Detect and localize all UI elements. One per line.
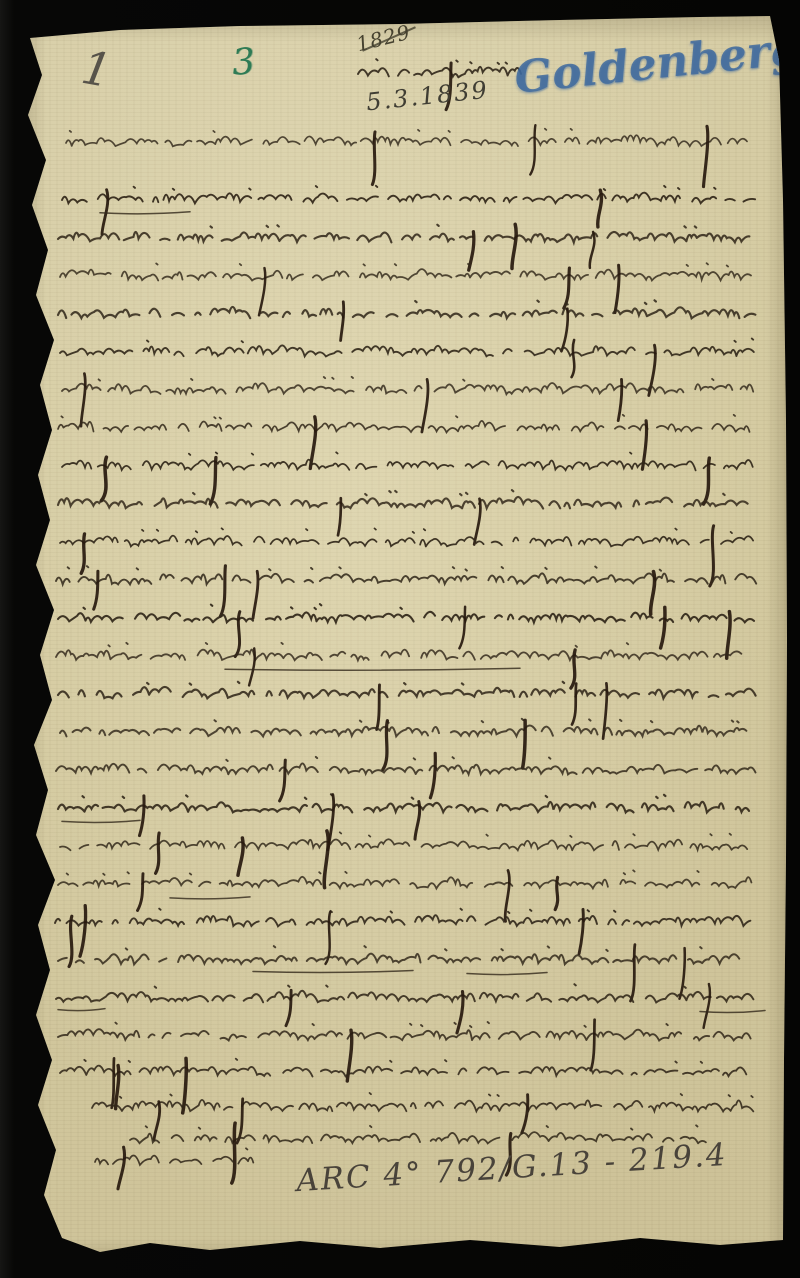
- scan-background: 1 3 1829 5.3.1839 Goldenberg ARC 4° 792/…: [0, 0, 800, 1278]
- manuscript-handwriting: [0, 0, 800, 1278]
- letter-paper: 1 3 1829 5.3.1839 Goldenberg ARC 4° 792/…: [0, 0, 800, 1278]
- green-crayon-number: 3: [231, 41, 257, 83]
